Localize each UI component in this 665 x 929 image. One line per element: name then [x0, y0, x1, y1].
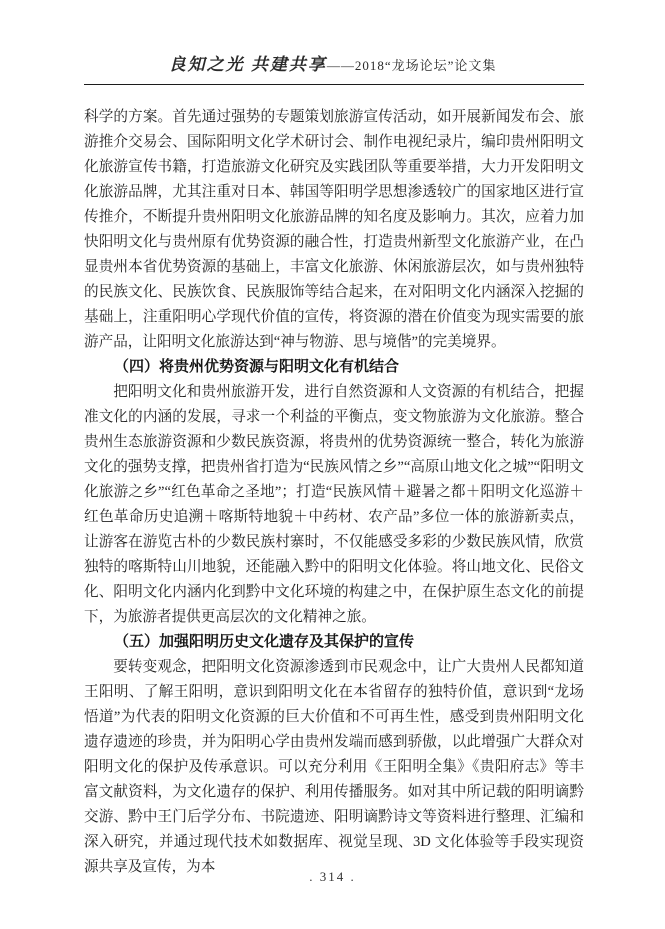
- header-divider: [84, 84, 584, 85]
- page-header: 良知之光 共建共享——2018“龙场论坛”论文集: [0, 0, 665, 85]
- section-heading-5: （五）加强阳明历史文化遗存及其保护的宣传: [84, 630, 584, 655]
- header-calligraphy-title: 良知之光 共建共享: [169, 55, 327, 74]
- document-page: 良知之光 共建共享——2018“龙场论坛”论文集 科学的方案。首先通过强势的专题…: [0, 0, 665, 929]
- header-subtitle: ——2018“龙场论坛”论文集: [327, 58, 497, 73]
- section-heading-4: （四）将贵州优势资源与阳明文化有机结合: [84, 355, 584, 380]
- paragraph: 把阳明文化和贵州旅游开发，进行自然资源和人文资源的有机结合，把握准文化的内涵的发…: [84, 380, 584, 630]
- paragraph-continuation: 科学的方案。首先通过强势的专题策划旅游宣传活动，如开展新闻发布会、旅游推介交易会…: [84, 105, 584, 355]
- page-body: 科学的方案。首先通过强势的专题策划旅游宣传活动，如开展新闻发布会、旅游推介交易会…: [84, 105, 584, 880]
- page-number: . 314 .: [309, 869, 356, 884]
- page-footer: . 314 .: [0, 869, 665, 885]
- paragraph: 要转变观念，把阳明文化资源渗透到市民观念中，让广大贵州人民都知道王阳明、了解王阳…: [84, 655, 584, 880]
